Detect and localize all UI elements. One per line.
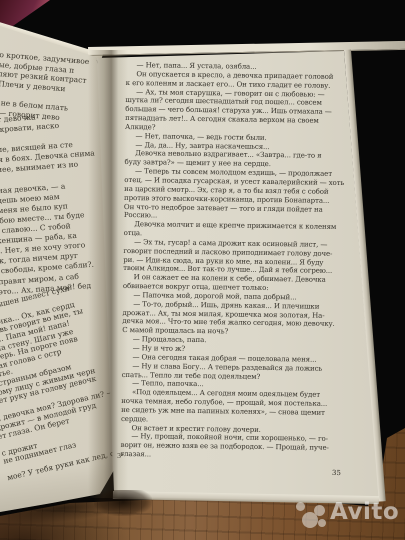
avito-logo-circle — [318, 519, 326, 527]
right-page-text: — Нет, папа... Я устала, озябла... Он оп… — [120, 61, 352, 462]
page-edge-top-right — [88, 41, 405, 56]
page-number: 35 — [332, 469, 341, 477]
avito-logo-circle — [296, 502, 305, 511]
book-photo: Личико кроткое, задумчивоео черные, добр… — [0, 0, 405, 540]
watermark-brand: Avito — [330, 499, 399, 525]
book-gutter-shadow — [88, 50, 128, 498]
avito-logo-circle — [314, 505, 325, 516]
gutter-crease-shadow — [94, 490, 152, 516]
avito-watermark: Avito — [292, 498, 405, 538]
